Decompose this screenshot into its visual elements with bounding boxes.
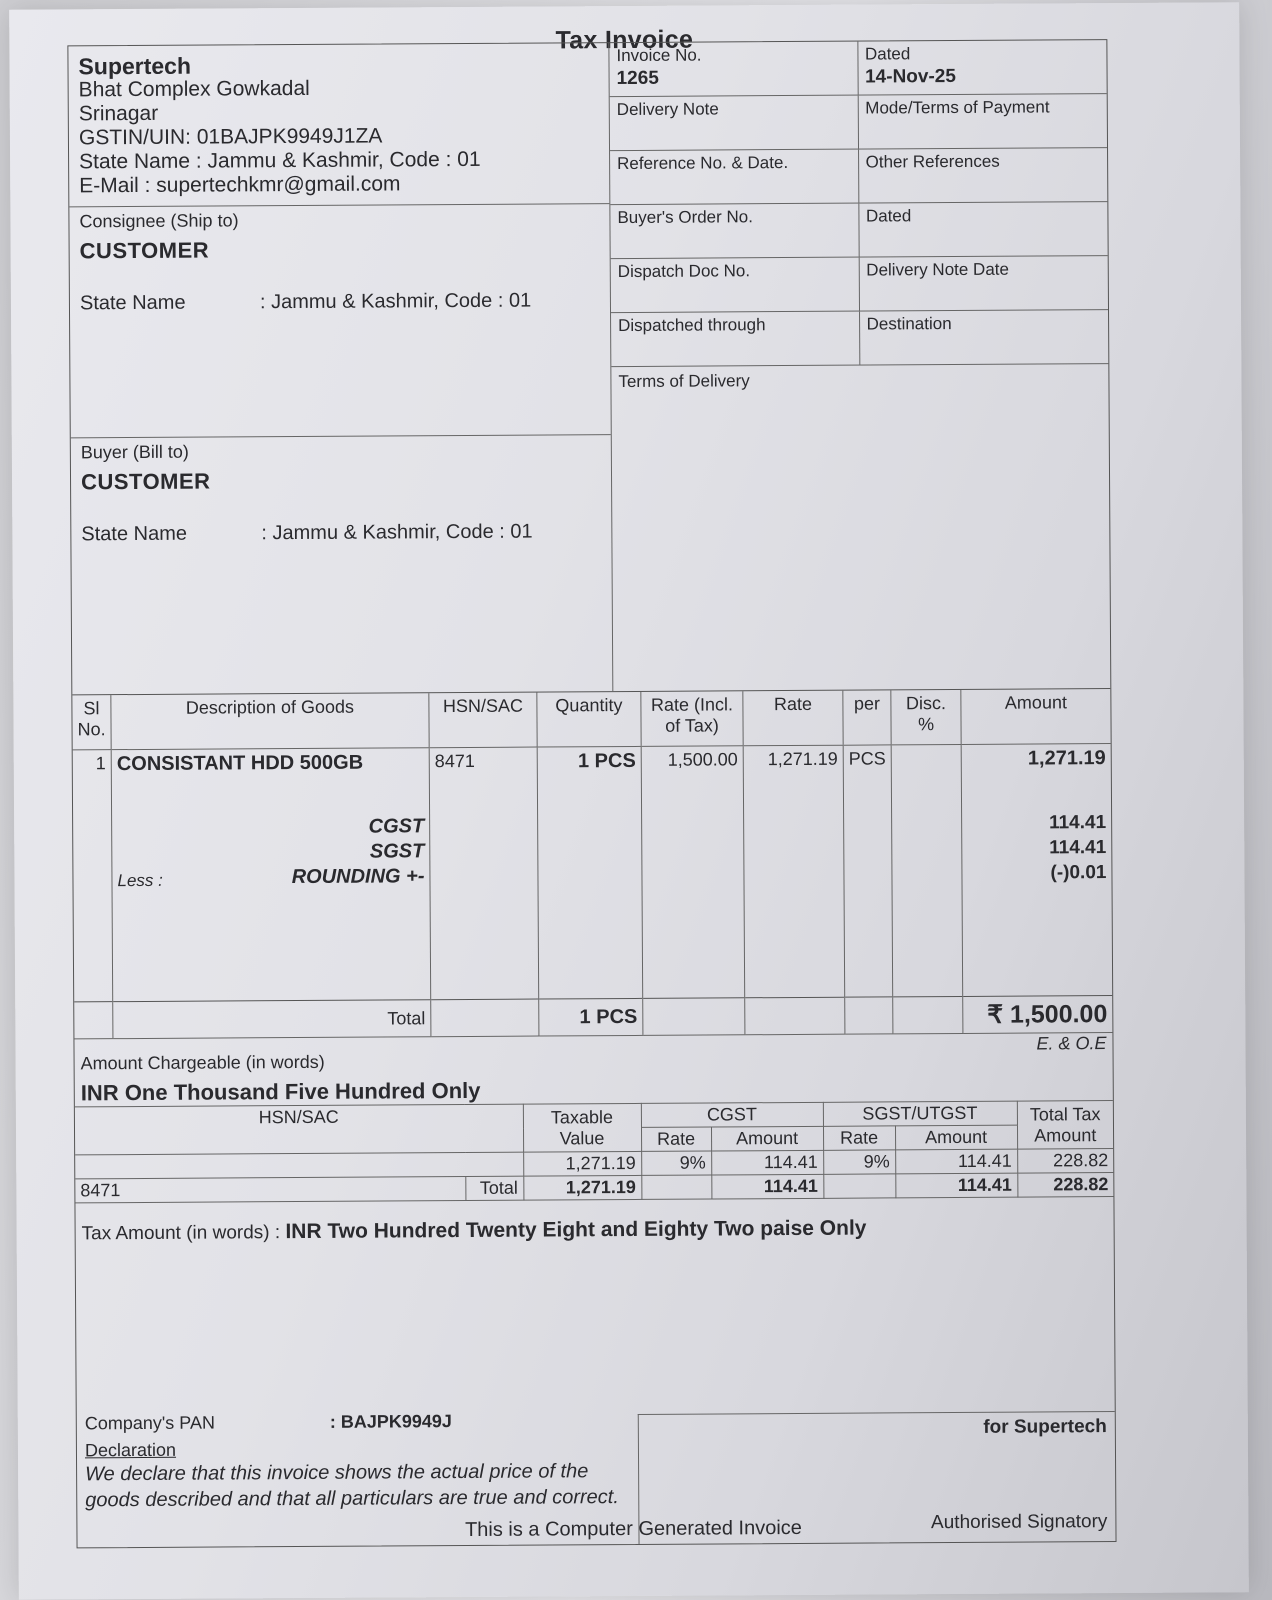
tax-line-cgst: CGST (117, 814, 424, 841)
hsn-summary-table: HSN/SAC Taxable Value CGST SGST/UTGST To… (75, 1100, 1114, 1203)
seller-gstin: GSTIN/UIN: 01BAJPK9949J1ZA (79, 123, 599, 150)
buyer-state-value: : Jammu & Kashmir, Code : 01 (261, 521, 532, 546)
buyer-name: CUSTOMER (81, 466, 601, 495)
seller-state: State Name : Jammu & Kashmir, Code : 01 (79, 147, 599, 174)
col-sl: Sl No. (72, 695, 111, 750)
meta-value: 14-Nov-25 (865, 65, 1100, 88)
seller-block: Supertech Bhat Complex Gowkadal Srinagar… (68, 43, 609, 207)
item-description: CONSISTANT HDD 500GB (117, 751, 424, 776)
hsn-col-total-tax: Total Tax Amount (1017, 1101, 1113, 1150)
tax-line-sgst: SGST (117, 839, 424, 866)
col-rate-incl: Rate (Incl. of Tax) (641, 691, 743, 746)
col-per: per (843, 690, 891, 745)
item-rate-incl: 1,500.00 (641, 746, 745, 999)
meta-label: Destination (867, 313, 1102, 334)
item-hsn: 8471 (429, 747, 539, 1000)
meta-dispatched-through: Dispatched through (611, 312, 860, 367)
col-hsn: HSN/SAC (429, 693, 537, 748)
meta-reference: Reference No. & Date. (610, 150, 859, 205)
less-label: Less : (117, 868, 163, 893)
tax-line-amounts: 114.41 114.41 (-)0.01 (967, 810, 1106, 886)
tax-amount-sgst: 114.41 (967, 835, 1106, 861)
meta-row: Buyer's Order No. Dated (610, 202, 1107, 259)
pan-value: : BAJPK9949J (330, 1411, 452, 1433)
col-description: Description of Goods (111, 693, 429, 749)
col-amount: Amount (961, 689, 1111, 744)
item-amount-cell: 1,271.19 114.41 114.41 (-)0.01 (961, 744, 1112, 997)
hsn-total-tax: 228.82 (1017, 1149, 1113, 1174)
meta-row: Dispatched through Destination (611, 310, 1108, 367)
consignee-state-value: : Jammu & Kashmir, Code : 01 (260, 290, 531, 315)
meta-label: Delivery Note Date (866, 259, 1101, 280)
goods-total-row: Total 1 PCS ₹ 1,500.00 (74, 996, 1112, 1039)
total-spacer (745, 997, 845, 1035)
hsn-total-sgst: 114.41 (895, 1173, 1017, 1198)
table-row: 1 CONSISTANT HDD 500GB Less : CGST SGST … (73, 744, 1113, 1002)
header-section: Supertech Bhat Complex Gowkadal Srinagar… (68, 40, 1110, 695)
eoe-note: E. & O.E (1036, 1033, 1106, 1054)
item-disc (891, 744, 963, 996)
meta-order-dated: Dated (859, 202, 1108, 257)
hsn-cgst-rate: 9% (641, 1151, 711, 1175)
meta-invoice-no: Invoice No. 1265 (609, 42, 858, 97)
invoice-paper: Tax Invoice Supertech Bhat Complex Gowka… (9, 2, 1249, 1599)
tax-line-labels: Less : CGST SGST ROUNDING +- (117, 814, 424, 891)
meta-buyer-order: Buyer's Order No. (610, 204, 859, 259)
meta-other-references: Other References (859, 148, 1108, 203)
item-amount: 1,271.19 (967, 747, 1106, 771)
total-label: Total (113, 1000, 431, 1039)
hsn-taxable: 1,271.19 (523, 1151, 641, 1176)
meta-row: Reference No. & Date. Other References (610, 148, 1107, 205)
meta-label: Reference No. & Date. (617, 153, 851, 174)
hsn-sgst-rate: 9% (823, 1150, 895, 1174)
meta-value: 1265 (617, 67, 851, 90)
tax-words-value: INR Two Hundred Twenty Eight and Eighty … (285, 1217, 866, 1244)
item-per: PCS (843, 745, 893, 997)
amount-words-label: Amount Chargeable (in words) (81, 1047, 1107, 1074)
hsn-col-cgst: CGST (641, 1102, 823, 1127)
meta-label: Dispatched through (618, 315, 852, 336)
hsn-total-label: Total (465, 1176, 523, 1200)
col-disc: Disc. % (891, 690, 961, 745)
hsn-col-cgst-rate: Rate (641, 1127, 711, 1151)
invoice-meta: Invoice No. 1265 Dated 14-Nov-25 Deliver… (609, 40, 1110, 691)
buyer-state: State Name : Jammu & Kashmir, Code : 01 (81, 520, 601, 546)
pan-label: Company's PAN (85, 1412, 330, 1434)
meta-delivery-note: Delivery Note (610, 96, 859, 151)
meta-label: Mode/Terms of Payment (865, 97, 1100, 118)
item-sl: 1 (73, 750, 113, 1002)
invoice-frame: Supertech Bhat Complex Gowkadal Srinagar… (67, 39, 1116, 1548)
meta-row: Dispatch Doc No. Delivery Note Date (611, 256, 1108, 313)
buyer-block: Buyer (Bill to) CUSTOMER State Name : Ja… (71, 435, 613, 694)
meta-dispatch-doc: Dispatch Doc No. (611, 258, 860, 313)
buyer-label: Buyer (Bill to) (81, 439, 601, 463)
meta-delivery-note-date: Delivery Note Date (859, 256, 1108, 311)
hsn-col-cgst-amount: Amount (711, 1126, 823, 1151)
tax-line-rounding: ROUNDING +- (117, 864, 424, 891)
consignee-name: CUSTOMER (80, 235, 600, 264)
seller-address-line1: Bhat Complex Gowkadal (79, 75, 599, 102)
hsn-code: 8471 (75, 1177, 465, 1203)
buyer-state-label: State Name (81, 522, 261, 546)
meta-label: Delivery Note (617, 99, 851, 120)
total-amount: ₹ 1,500.00 (963, 996, 1113, 1034)
hsn-total-cgst: 114.41 (711, 1174, 823, 1199)
total-spacer (431, 999, 539, 1037)
parties-column: Supertech Bhat Complex Gowkadal Srinagar… (68, 43, 613, 694)
total-quantity: 1 PCS (539, 998, 643, 1036)
meta-label: Other References (866, 151, 1101, 172)
consignee-state-label: State Name (80, 291, 260, 315)
consignee-label: Consignee (Ship to) (79, 208, 599, 232)
company-pan: Company's PAN : BAJPK9949J (85, 1410, 630, 1434)
total-spacer (643, 998, 745, 1036)
goods-table: Sl No. Description of Goods HSN/SAC Quan… (72, 689, 1112, 1039)
consignee-state: State Name : Jammu & Kashmir, Code : 01 (80, 289, 600, 315)
total-spacer (74, 1002, 113, 1039)
hsn-col-hsn: HSN/SAC (75, 1104, 523, 1155)
hsn-col-sgst-amount: Amount (895, 1125, 1017, 1150)
hsn-sgst-amount: 114.41 (895, 1149, 1017, 1174)
hsn-cgst-amount: 114.41 (711, 1150, 823, 1175)
hsn-total-taxable: 1,271.19 (523, 1175, 641, 1200)
total-spacer (845, 997, 893, 1034)
amount-in-words: E. & O.E Amount Chargeable (in words) IN… (74, 1033, 1112, 1106)
meta-payment-terms: Mode/Terms of Payment (858, 94, 1107, 149)
goods-header-row: Sl No. Description of Goods HSN/SAC Quan… (72, 689, 1110, 750)
meta-label: Buyer's Order No. (617, 207, 851, 228)
meta-dated: Dated 14-Nov-25 (858, 40, 1107, 95)
hsn-total-spacer (641, 1175, 711, 1199)
consignee-block: Consignee (Ship to) CUSTOMER State Name … (69, 204, 610, 438)
item-description-cell: CONSISTANT HDD 500GB Less : CGST SGST RO… (111, 748, 431, 1002)
hsn-total-tax-amount: 228.82 (1017, 1173, 1113, 1198)
item-quantity: 1 PCS (537, 746, 643, 999)
hsn-col-sgst-rate: Rate (823, 1126, 895, 1150)
terms-of-delivery: Terms of Delivery (611, 364, 1110, 691)
tax-amount-in-words: Tax Amount (in words) : INR Two Hundred … (75, 1197, 1114, 1407)
hsn-total-spacer (823, 1174, 895, 1198)
seller-email: E-Mail : supertechkmr@gmail.com (79, 171, 599, 198)
hsn-row-spacer (75, 1152, 523, 1179)
meta-row: Delivery Note Mode/Terms of Payment (610, 94, 1107, 151)
tax-words-label: Tax Amount (in words) : (82, 1222, 281, 1244)
seller-address-line2: Srinagar (79, 99, 599, 126)
seller-name: Supertech (78, 51, 598, 78)
meta-row: Invoice No. 1265 Dated 14-Nov-25 (609, 40, 1106, 97)
meta-label: Dated (866, 205, 1101, 226)
col-quantity: Quantity (537, 692, 641, 747)
tax-amount-cgst: 114.41 (967, 810, 1106, 836)
hsn-col-taxable: Taxable Value (523, 1103, 641, 1152)
meta-destination: Destination (860, 310, 1109, 365)
meta-label: Invoice No. (616, 45, 850, 66)
for-company: for Supertech (647, 1416, 1107, 1441)
meta-label: Dispatch Doc No. (618, 261, 852, 282)
total-spacer (893, 996, 963, 1033)
col-rate: Rate (743, 691, 843, 746)
hsn-col-sgst: SGST/UTGST (823, 1101, 1017, 1126)
declaration-text: We declare that this invoice shows the a… (85, 1458, 630, 1513)
item-rate: 1,271.19 (743, 745, 845, 998)
tax-amount-rounding: (-)0.01 (967, 860, 1106, 886)
meta-label: Dated (865, 43, 1100, 64)
